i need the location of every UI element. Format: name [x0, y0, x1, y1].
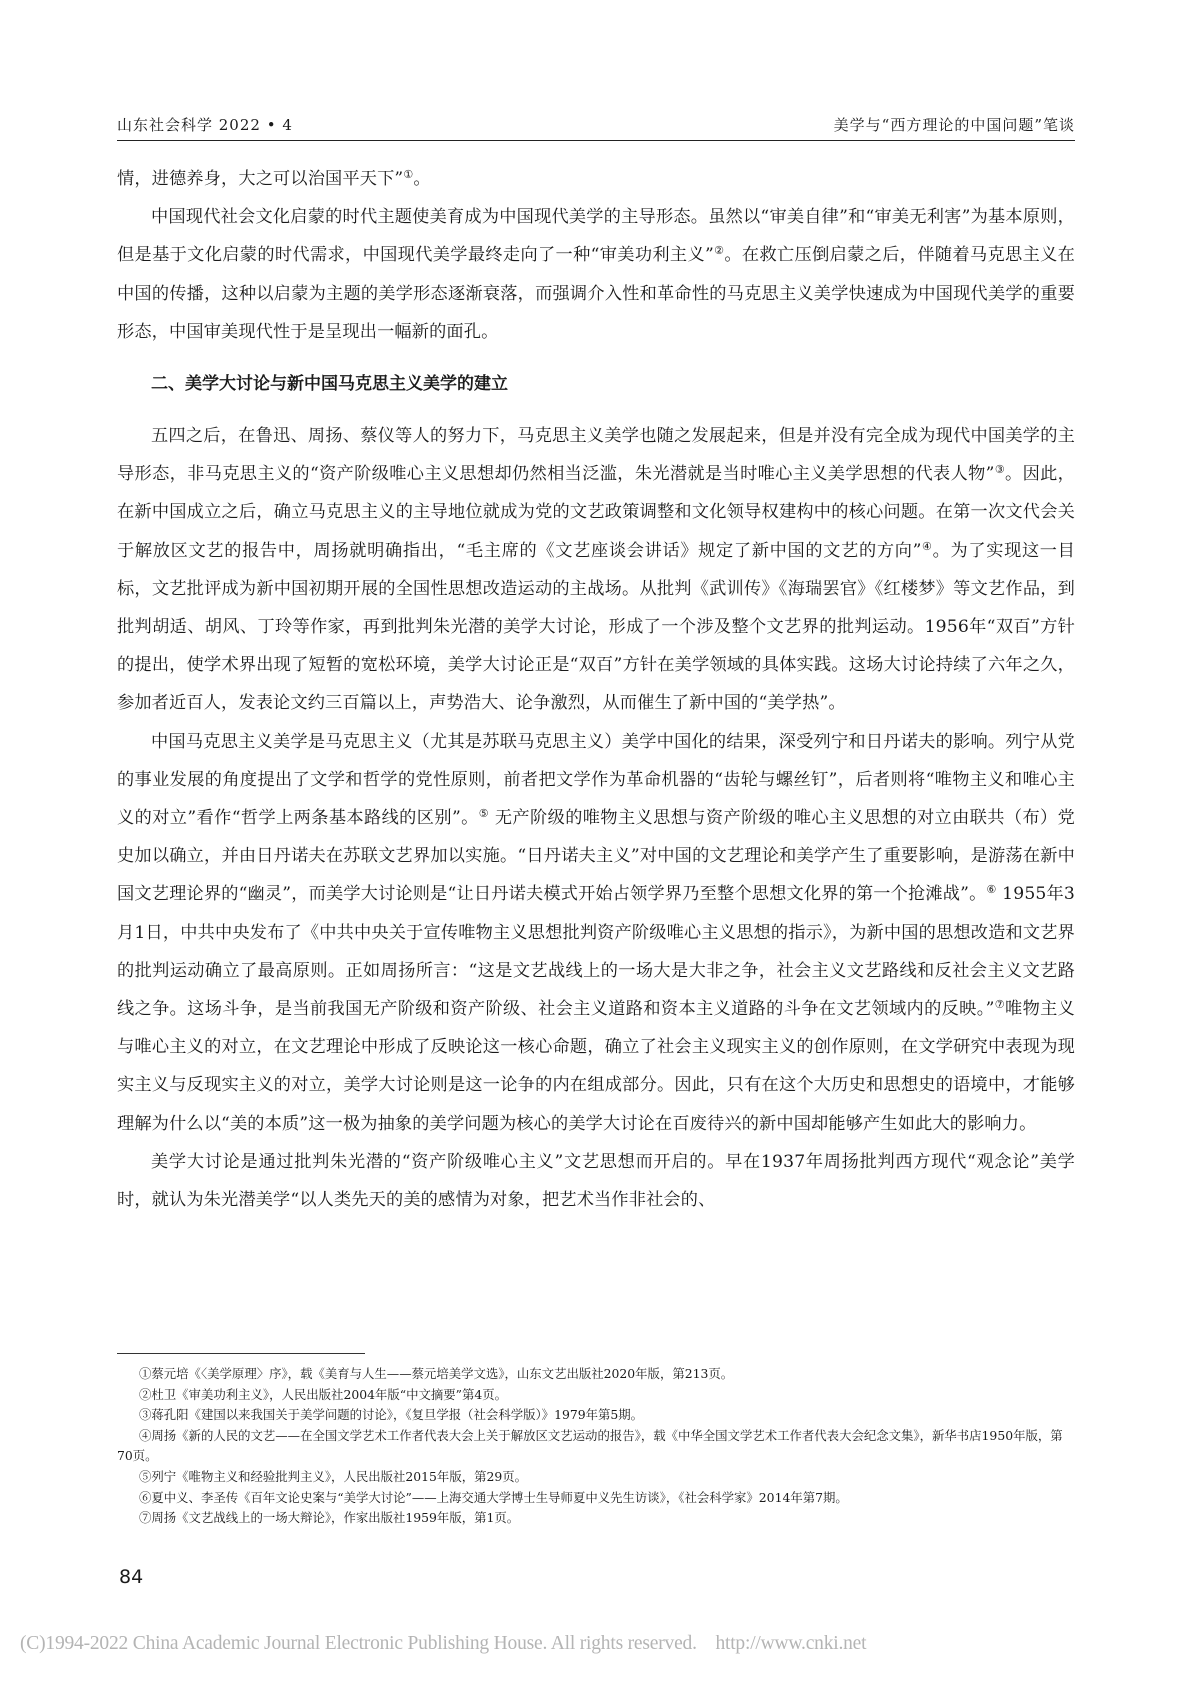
footnote-ref-5[interactable]: ⑤	[479, 807, 489, 820]
paragraph: 中国现代社会文化启蒙的时代主题使美育成为中国现代美学的主导形态。虽然以“审美自律…	[117, 198, 1075, 351]
section-heading: 二、美学大讨论与新中国马克思主义美学的建立	[151, 365, 1075, 403]
footnote-ref-4[interactable]: ④	[922, 540, 933, 553]
footnote-ref-7[interactable]: ⑦	[995, 998, 1005, 1011]
footnote-ref-2[interactable]: ②	[714, 244, 724, 257]
paragraph: 中国马克思主义美学是马克思主义（尤其是苏联马克思主义）美学中国化的结果，深受列宁…	[117, 723, 1075, 1143]
paragraph-text: 美学大讨论是通过批判朱光潜的“资产阶级唯心主义”文艺思想而开启的。早在1937年…	[117, 1152, 1075, 1210]
footnote-ref-1[interactable]: ①	[403, 168, 413, 181]
footnote-divider	[117, 1353, 365, 1354]
copyright-notice: (C)1994-2022 China Academic Journal Elec…	[20, 1633, 866, 1655]
paragraph: 美学大讨论是通过批判朱光潜的“资产阶级唯心主义”文艺思想而开启的。早在1937年…	[117, 1143, 1075, 1219]
footnote-3: ③蒋孔阳《建国以来我国关于美学问题的讨论》，《复旦学报（社会科学版）》1979年…	[117, 1405, 1075, 1426]
footnote-1: ①蔡元培《〈美学原理〉序》，载《美育与人生——蔡元培美学文选》，山东文艺出版社2…	[117, 1364, 1075, 1385]
paragraph-text: 。为了实现这一目标，文艺批评成为新中国初期开展的全国性思想改造运动的主战场。从批…	[117, 541, 1075, 714]
paragraph-text: 情，进德养身，大之可以治国平天下”	[117, 169, 403, 189]
page-number: 84	[119, 1566, 143, 1588]
paragraph-text: 。	[413, 169, 430, 189]
footnote-ref-6[interactable]: ⑥	[986, 883, 996, 896]
paragraph: 五四之后，在鲁迅、周扬、蔡仪等人的努力下，马克思主义美学也随之发展起来，但是并没…	[117, 417, 1075, 723]
footnote-6: ⑥夏中义、李圣传《百年文论史案与“美学大讨论”——上海交通大学博士生导师夏中义先…	[117, 1488, 1075, 1509]
paragraph-continuation: 情，进德养身，大之可以治国平天下”①。	[117, 160, 1075, 198]
footnote-2: ②杜卫《审美功利主义》，人民出版社2004年版“中文摘要”第4页。	[117, 1385, 1075, 1406]
footnote-5: ⑤列宁《唯物主义和经验批判主义》，人民出版社2015年版，第29页。	[117, 1467, 1075, 1488]
paragraph-text: 唯物主义与唯心主义的对立，在文艺理论中形成了反映论这一核心命题，确立了社会主义现…	[117, 999, 1075, 1134]
footnotes: ①蔡元培《〈美学原理〉序》，载《美育与人生——蔡元培美学文选》，山东文艺出版社2…	[117, 1364, 1075, 1529]
footnote-4: ④周扬《新的人民的文艺——在全国文学艺术工作者代表大会上关于解放区文艺运动的报告…	[117, 1426, 1075, 1467]
journal-issue-label: 山东社会科学 2022 • 4	[117, 114, 293, 135]
header-divider	[117, 140, 1075, 141]
article-body: 情，进德养身，大之可以治国平天下”①。 中国现代社会文化启蒙的时代主题使美育成为…	[117, 160, 1075, 1219]
running-header: 山东社会科学 2022 • 4 美学与“西方理论的中国问题”笔谈	[117, 110, 1075, 140]
paragraph-text: 五四之后，在鲁迅、周扬、蔡仪等人的努力下，马克思主义美学也随之发展起来，但是并没…	[117, 426, 1075, 484]
column-title: 美学与“西方理论的中国问题”笔谈	[834, 114, 1075, 135]
footnote-ref-3[interactable]: ③	[995, 463, 1005, 476]
paragraph-text: 1955年3月1日，中共中央发布了《中共中央关于宣传唯物主义思想批判资产阶级唯心…	[117, 884, 1075, 1019]
footnote-7: ⑦周扬《文艺战线上的一场大辩论》，作家出版社1959年版，第1页。	[117, 1508, 1075, 1529]
